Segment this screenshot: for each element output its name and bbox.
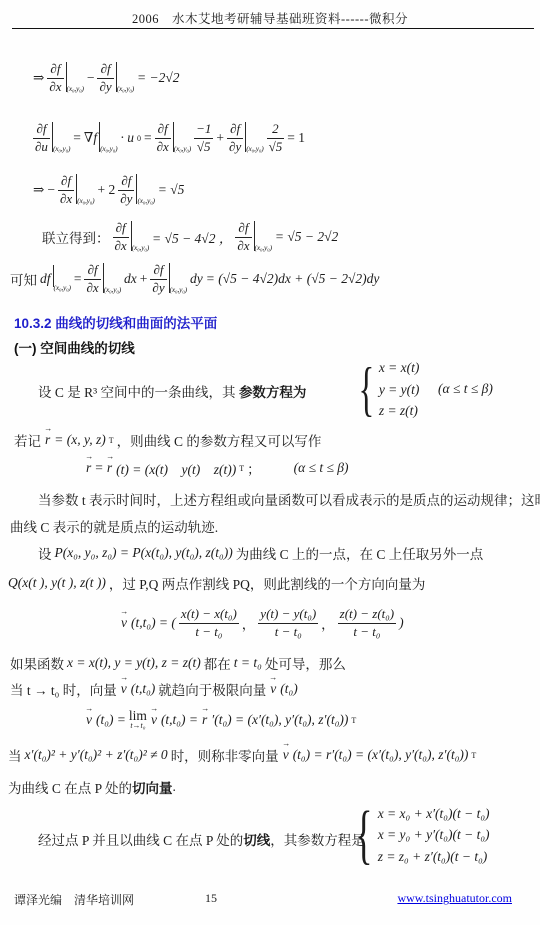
math-run: (t,t₀) = [161,712,198,728]
transpose-superscript: T [471,751,476,760]
fraction: ∂f∂x [235,221,251,253]
equation-rhs: = √5 − 4√2 ， [152,227,232,247]
document-page: 2006 水木艾地考研辅导基础班资料------微积分 ⇒ ∂f∂x(x₀,y₀… [0,0,540,925]
comma: ， [242,613,256,633]
fraction: ∂f∂y [150,263,166,295]
formula-line-5: 可知 df(x₀,y₀) = ∂f∂x(x₀,y₀) dx + ∂f∂y(x₀,… [10,257,379,301]
paragraph-8: 为曲线 C 在点 P 处的 切向量 . [8,776,176,798]
frac-num: ∂f [118,174,134,190]
vector-v: →v [120,615,128,631]
equation-rhs: = √5 [158,182,185,198]
system-line: x = x(t) [379,357,420,379]
fraction: ∂f∂y [227,122,243,154]
vector-arrow-icon: → [201,704,209,713]
eval-subscript: (x₀,y₀) [100,145,117,154]
fraction: ∂f∂x [155,122,171,154]
frac-den: ∂x [235,238,251,253]
eval-subscript: (x₀,y₀) [174,145,191,154]
paragraph-5: 如果函数 x = x(t), y = y(t), z = z(t) 都在 t =… [10,652,346,674]
vector-arrow-icon: → [282,739,290,748]
math-run: P(x₀, y₀, z₀) = P(x(t₀), y(t₀), z(t₀)) [55,545,233,561]
paragraph-3-line-2: 曲线 C 表示的就是质点的运动轨迹. [10,516,218,536]
vector-r: →r [44,432,51,448]
equation-rhs: = −2√2 [137,70,180,86]
formula-line-7: →v (t,t₀) = ( x(t) − x(t₀)t − t₀ ， y(t) … [120,600,404,646]
para-text: 为曲线 C 上的一点，在 C 上任取另外一点 [236,543,484,563]
para-text: . [173,779,176,795]
eval-subscript: (x₀,y₀) [54,284,71,293]
eval-at-point: (x₀,y₀) [173,122,191,153]
frac-den: √5 [267,139,285,154]
eval-at-point: (x₀,y₀) [52,122,70,153]
eval-subscript: (x₀,y₀) [132,244,149,253]
paragraph-2: 若记 →r = (x, y, z)T ，则曲线 C 的参数方程又可以写作 [14,428,321,452]
vector-base: v [270,681,276,696]
system-lines: x = x₀ + x′(t₀)(t − t₀) x = y₀ + y′(t₀)(… [378,803,490,868]
math-run: (t,t₀) = ( [131,615,176,631]
page-header-title: 2006 水木艾地考研辅导基础班资料------微积分 [0,9,540,27]
para-text: 经过点 P 并且以曲线 C 在点 P 处的 [38,829,243,849]
eval-subscript: (x₀,y₀) [77,197,94,206]
vector-base: v [151,712,157,727]
math-run: (t,t₀) [131,681,156,697]
para-text: 都在 [204,653,231,673]
math-run: (t) = (x(t) y(t) z(t)) [116,458,236,478]
fraction: ∂f∂x [58,174,74,206]
equals-sign: = [73,130,81,146]
frac-num: ∂f [33,122,50,138]
frac-num: ∂f [97,62,113,78]
vector-v: →v [120,681,128,697]
plus-operator: + [140,271,148,287]
vector-arrow-icon: → [85,704,93,713]
paragraph-3-line-1: 当参数 t 表示时间时，上述方程组或向量函数可以看成表示的是质点的运动规律；这时 [38,489,540,509]
eval-at-point: (x₀,y₀) [66,62,84,93]
paragraph-7: 当 x′(t₀)² + y′(t₀)² + z′(t₀)² ≠ 0 时，则称非零… [8,744,476,766]
comma: ， [321,613,335,633]
paragraph-9: 经过点 P 并且以曲线 C 在点 P 处的 切线 ，其参数方程是 [38,828,365,850]
header-rule [12,28,534,29]
implies-symbol: ⇒ [33,182,44,198]
transpose-superscript: T [351,716,356,725]
vector-base: v [121,615,127,630]
equation-rhs: = √5 − 2√2 [275,229,338,245]
frac-den: t − t₀ [179,624,239,639]
fraction: ∂f∂x [113,221,129,253]
frac-num: ∂f [227,122,243,138]
eval-subscript: (x₀,y₀) [255,244,272,253]
equals-sign: = [144,130,152,146]
lim-subscript: t→t₀ [129,722,147,731]
plus-operator: + [216,130,224,146]
frac-den: ∂x [113,238,129,253]
eval-at-point: (x₀,y₀) [245,122,263,153]
eval-subscript: (x₀,y₀) [104,286,121,295]
eval-subscript: (x₀,y₀) [137,197,154,206]
frac-num: 2 [267,122,285,138]
limit-operator: limt→t₀ [129,709,147,731]
lim-text: lim [129,709,147,723]
frac-den: ∂y [227,139,243,154]
eval-at-point: (x₀,y₀) [103,263,121,294]
para-text: 为曲线 C 在点 P 处的 [8,777,132,797]
math-run: = (x, y, z) [54,432,105,448]
system-line: x = y₀ + y′(t₀)(t − t₀) [378,824,490,846]
fraction: z(t) − z(t₀)t − t₀ [338,607,396,639]
frac-num: y(t) − y(t₀) [258,607,318,623]
fraction: ∂f∂u [33,122,50,154]
vector-base: v [283,747,289,762]
frac-num: x(t) − x(t₀) [179,607,239,623]
gradient-symbol: ∇f [84,130,97,146]
bold-term: 参数方程为 [239,385,307,400]
system-lines: x = x(t) y = y(t) z = z(t) [379,357,420,422]
plus-coefficient: + 2 [97,182,115,198]
vector-arrow-icon: → [269,673,277,682]
equation-rhs: = 1 [287,130,305,146]
vector-arrow-icon: → [150,704,158,713]
frac-num: ∂f [235,221,251,237]
vector-base: v [86,712,92,727]
lianli-label: 联立得到： [42,227,110,247]
para-text: 处可导，那么 [265,653,346,673]
vector-base: v [121,681,127,696]
math-run: (t₀) = [96,712,126,728]
eval-at-point: (x₀,y₀) [169,263,187,294]
eval-subscript: (x₀,y₀) [53,145,70,154]
parameter-range: (α ≤ t ≤ β) [438,381,493,397]
fraction: ∂f∂y [97,62,113,94]
frac-num: z(t) − z(t₀) [338,607,396,623]
vector-base: r [202,712,207,727]
eval-subscript: (x₀,y₀) [117,85,134,94]
fraction: x(t) − x(t₀)t − t₀ [179,607,239,639]
eval-at-point: (x₀,y₀) [131,221,149,252]
fraction: −1√5 [194,122,213,154]
left-brace: { [355,800,372,870]
frac-num: ∂f [155,122,171,138]
eval-at-point: (x₀,y₀) [53,265,71,292]
math-run: x′(t₀)² + y′(t₀)² + z′(t₀)² ≠ 0 [25,747,168,763]
equals-sign: = [74,271,82,287]
transpose-superscript: T [109,436,114,445]
system-line: z = z(t) [379,400,420,422]
vector-v: →v [282,747,290,763]
vector-arrow-icon: → [120,673,128,682]
close-paren: ) [399,615,404,631]
dy-term: dy [190,271,203,287]
frac-den: ∂y [150,280,166,295]
math-run: (t₀) [280,681,297,697]
formula-line-3: ⇒ − ∂f∂x(x₀,y₀) + 2 ∂f∂y(x₀,y₀) = √5 [33,167,184,213]
eval-at-point: (x₀,y₀) [116,62,134,93]
section-heading: 10.3.2 曲线的切线和曲面的法平面 [14,312,217,332]
fraction: ∂f∂x [84,263,100,295]
dot-u-term: · u [120,130,134,146]
eval-subscript: (x₀,y₀) [67,85,84,94]
vector-arrow-icon: → [105,452,113,461]
parametric-system-1: { x = x(t) y = y(t) z = z(t) [352,357,419,422]
para-text: 时，则称非零向量 [171,745,279,765]
kezhi-label: 可知 [10,269,37,289]
math-run: ′(t₀) = (x′(t₀), y′(t₀), z′(t₀)) [211,712,348,728]
para-text: 设 [38,543,52,563]
frac-den: ∂y [97,79,113,94]
vector-arrow-icon: → [85,452,93,461]
fraction: ∂f∂y [118,174,134,206]
math-run: (t₀) = r′(t₀) = (x′(t₀), y′(t₀), z′(t₀)) [293,747,469,763]
formula-line-6: →r = →r (t) = (x(t) y(t) z(t))T ； (α ≤ t… [85,456,348,480]
vector-r: →r [201,712,208,728]
frac-num: ∂f [84,263,100,279]
subsection-heading: (一) 空间曲线的切线 [14,337,135,357]
para-text: 设 C 是 R³ 空间中的一条曲线，其 [38,385,236,400]
semicolon: ； [247,458,261,478]
vector-v: →v [85,712,93,728]
superscript-zero: 0 [137,134,141,143]
fraction: y(t) − y(t₀)t − t₀ [258,607,318,639]
vector-base: r [107,460,112,475]
minus-operator: − [87,70,95,86]
footer-page-number: 15 [205,891,217,906]
para-text: ，则曲线 C 的参数方程又可以写作 [117,430,322,450]
frac-den: ∂x [155,139,171,154]
frac-num: ∂f [58,174,74,190]
footer-author: 谭泽光编 清华培训网 [14,891,134,908]
eval-subscript: (x₀,y₀) [246,145,263,154]
para-text: 如果函数 [10,653,64,673]
para-text: 就趋向于极限向量 [158,679,266,699]
paragraph-4-line-1: 设 P(x₀, y₀, z₀) = P(x(t₀), y(t₀), z(t₀))… [38,542,483,564]
frac-num: ∂f [150,263,166,279]
vector-base: r [86,460,91,475]
equals-sign: = [95,460,103,476]
vector-r: →r [85,460,92,476]
eval-at-point: (x₀,y₀) [76,174,94,205]
formula-line-8: →v (t₀) = limt→t₀ →v (t,t₀) = →r ′(t₀) =… [85,703,356,737]
para-text: 若记 [14,430,41,450]
para-text: ，过 P,Q 两点作割线 PQ，则此割线的一个方向向量为 [109,573,426,593]
system-line: x = x₀ + x′(t₀)(t − t₀) [378,803,490,825]
math-run: t = t₀ [234,655,262,671]
left-brace: { [358,357,374,421]
frac-num: ∂f [113,221,129,237]
vector-arrow-icon: → [44,424,52,433]
formula-line-1: ⇒ ∂f∂x(x₀,y₀) − ∂f∂y(x₀,y₀) = −2√2 [33,55,180,101]
vector-base: r [45,432,50,447]
math-run: x = x(t), y = y(t), z = z(t) [67,655,201,671]
frac-num: −1 [194,122,213,138]
bold-term: 切线 [243,829,270,849]
fraction: ∂f∂x [47,62,63,94]
parametric-system-2: { x = x₀ + x′(t₀)(t − t₀) x = y₀ + y′(t₀… [348,800,490,870]
paragraph-1: 设 C 是 R³ 空间中的一条曲线，其 参数方程为 [38,381,306,401]
paragraph-6: 当 t → t₀ 时，向量 →v (t,t₀) 就趋向于极限向量 →v (t₀) [10,678,298,700]
df-term: df [40,271,51,287]
eval-at-point: (x₀,y₀) [99,122,117,153]
dx-term: dx [124,271,137,287]
vector-v: →v [269,681,277,697]
frac-den: t − t₀ [258,624,318,639]
minus-operator: − [47,182,55,198]
frac-den: ∂y [118,191,134,206]
fraction: 2√5 [267,122,285,154]
transpose-superscript: T [239,464,244,473]
vector-r: →r [106,460,113,476]
eval-at-point: (x₀,y₀) [254,221,272,252]
equation-rhs: = (√5 − 4√2)dx + (√5 − 2√2)dy [206,271,380,287]
para-text: 当 t → t₀ 时，向量 [10,679,117,699]
frac-den: ∂u [33,139,50,154]
para-text: 当 [8,745,22,765]
footer-link[interactable]: www.tsinghuatutor.com [397,891,512,906]
frac-den: √5 [194,139,213,154]
frac-den: ∂x [84,280,100,295]
vector-arrow-icon: → [120,607,128,616]
implies-symbol: ⇒ [33,70,44,86]
math-run: Q(x(t ), y(t ), z(t )) [8,575,106,591]
formula-line-4: 联立得到： ∂f∂x(x₀,y₀) = √5 − 4√2 ， ∂f∂x(x₀,y… [42,216,338,258]
frac-den: t − t₀ [338,624,396,639]
paragraph-4-line-2: Q(x(t ), y(t ), z(t )) ，过 P,Q 两点作割线 PQ，则… [8,572,425,594]
frac-num: ∂f [47,62,63,78]
eval-at-point: (x₀,y₀) [136,174,154,205]
frac-den: ∂x [47,79,63,94]
system-line: y = y(t) [379,379,420,401]
system-line: z = z₀ + z′(t₀)(t − t₀) [378,846,490,868]
eval-subscript: (x₀,y₀) [170,286,187,295]
parameter-range: (α ≤ t ≤ β) [294,460,349,476]
bold-term: 切向量 [132,777,173,797]
vector-v: →v [150,712,158,728]
formula-line-2: ∂f∂u(x₀,y₀) = ∇f(x₀,y₀) · u0 = ∂f∂x(x₀,y… [33,110,305,166]
frac-den: ∂x [58,191,74,206]
